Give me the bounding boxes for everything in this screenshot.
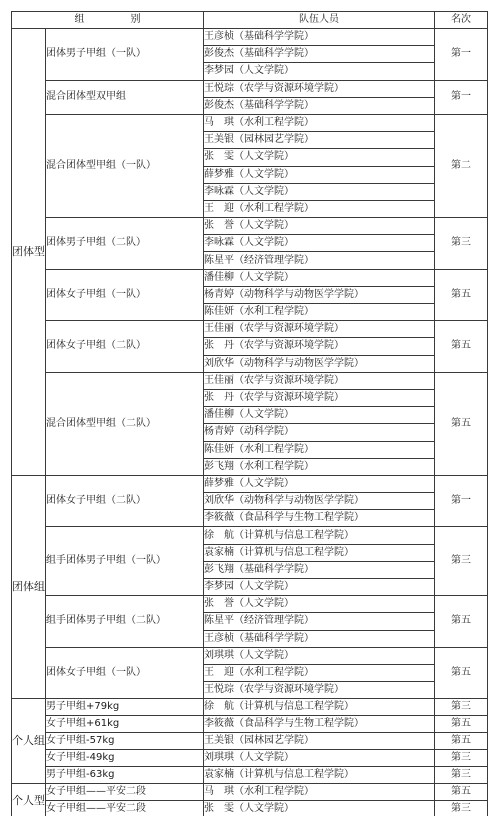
member-cell: 李梦园（人文学院） — [204, 579, 435, 596]
header-group-b: 别 — [131, 14, 141, 25]
member-cell: 杨青婷（动物科学与动物医学学院） — [204, 286, 435, 303]
member-cell: 王悦琮（农学与资源环境学院） — [204, 80, 435, 97]
category-cell: 个人型 — [12, 784, 46, 816]
member-cell: 陈佳妍（水利工程学院） — [204, 441, 435, 458]
results-table: 组别 队伍人员 名次 团体型团体男子甲组（一队）王彦桢（基础科学学院）第一彭俊杰… — [11, 11, 488, 816]
member-cell: 张 誉（人文学院） — [204, 218, 435, 235]
rank-cell: 第五 — [435, 716, 488, 733]
group-name-cell: 混合团体型甲组（二队） — [46, 372, 204, 475]
header-group: 组别 — [12, 12, 204, 29]
rank-cell: 第五 — [435, 321, 488, 373]
rank-cell: 第三 — [435, 218, 488, 270]
table-row: 团体型团体男子甲组（一队）王彦桢（基础科学学院）第一 — [12, 29, 488, 46]
group-name-cell: 团体男子甲组（二队） — [46, 218, 204, 270]
group-name-cell: 团体女子甲组（二队） — [46, 321, 204, 373]
group-name-cell: 女子甲组——平安二段 — [46, 784, 204, 801]
member-cell: 刘琪琪（人文学院） — [204, 647, 435, 664]
table-row: 团体男子甲组（二队）张 誉（人文学院）第三 — [12, 218, 488, 235]
table-row: 女子甲组——平安二段张 雯（人文学院）第三 — [12, 801, 488, 816]
table-row: 团体女子甲组（二队）王佳丽（农学与资源环境学院）第五 — [12, 321, 488, 338]
member-cell: 陈星平（经济管理学院） — [204, 613, 435, 630]
member-cell: 王悦琮（农学与资源环境学院） — [204, 682, 435, 699]
member-cell: 薛梦雅（人文学院） — [204, 166, 435, 183]
member-cell: 王 迎（水利工程学院） — [204, 200, 435, 217]
rank-cell: 第五 — [435, 372, 488, 475]
rank-cell: 第三 — [435, 801, 488, 816]
group-name-cell: 女子甲组-57kg — [46, 733, 204, 750]
member-cell: 徐 航（计算机与信息工程学院） — [204, 527, 435, 544]
member-cell: 彭飞翔（基础科学学院） — [204, 561, 435, 578]
rank-cell: 第二 — [435, 114, 488, 217]
member-cell: 袁家楠（计算机与信息工程学院） — [204, 767, 435, 784]
group-name-cell: 男子甲组+79kg — [46, 699, 204, 716]
member-cell: 袁家楠（计算机与信息工程学院） — [204, 544, 435, 561]
member-cell: 王 迎（水利工程学院） — [204, 664, 435, 681]
rank-cell: 第一 — [435, 80, 488, 114]
category-cell: 个人组手 — [12, 699, 46, 784]
table-row: 混合团体型甲组（一队）马 琪（水利工程学院）第二 — [12, 114, 488, 131]
member-cell: 李筱薇（食品科学与生物工程学院） — [204, 510, 435, 527]
member-cell: 李梦园（人文学院） — [204, 63, 435, 80]
group-name-cell: 团体男子甲组（一队） — [46, 29, 204, 81]
member-cell: 张 誉（人文学院） — [204, 596, 435, 613]
table-row: 组手团体男子甲组（一队）徐 航（计算机与信息工程学院）第三 — [12, 527, 488, 544]
member-cell: 马 琪（水利工程学院） — [204, 114, 435, 131]
rank-cell: 第三 — [435, 767, 488, 784]
member-cell: 张 丹（农学与资源环境学院） — [204, 389, 435, 406]
rank-cell: 第五 — [435, 784, 488, 801]
header-members: 队伍人员 — [204, 12, 435, 29]
member-cell: 马 琪（水利工程学院） — [204, 784, 435, 801]
table-row: 混合团体型双甲组王悦琮（农学与资源环境学院）第一 — [12, 80, 488, 97]
rank-cell: 第五 — [435, 596, 488, 648]
member-cell: 徐 航（计算机与信息工程学院） — [204, 699, 435, 716]
member-cell: 陈星平（经济管理学院） — [204, 252, 435, 269]
group-name-cell: 男子甲组-63kg — [46, 767, 204, 784]
table-row: 女子甲组-57kg王美银（园林园艺学院）第五 — [12, 733, 488, 750]
member-cell: 李筱薇（食品科学与生物工程学院） — [204, 716, 435, 733]
member-cell: 李咏霖（人文学院） — [204, 235, 435, 252]
rank-cell: 第五 — [435, 647, 488, 699]
group-name-cell: 混合团体型双甲组 — [46, 80, 204, 114]
group-name-cell: 组手团体男子甲组（二队） — [46, 596, 204, 648]
table-row: 组手团体男子甲组（二队）张 誉（人文学院）第五 — [12, 596, 488, 613]
table-row: 团体组手团体女子甲组（二队）薛梦雅（人文学院）第一 — [12, 475, 488, 492]
member-cell: 张 雯（人文学院） — [204, 149, 435, 166]
member-cell: 刘欣华（动物科学与动物医学学院） — [204, 493, 435, 510]
group-name-cell: 组手团体男子甲组（一队） — [46, 527, 204, 596]
member-cell: 李咏霖（人文学院） — [204, 183, 435, 200]
table-row: 男子甲组-63kg袁家楠（计算机与信息工程学院）第三 — [12, 767, 488, 784]
group-name-cell: 女子甲组——平安二段 — [46, 801, 204, 816]
rank-cell: 第一 — [435, 29, 488, 81]
member-cell: 杨青婷（动科学院） — [204, 424, 435, 441]
category-cell: 团体型 — [12, 29, 46, 476]
member-cell: 彭飞翔（水利工程学院） — [204, 458, 435, 475]
member-cell: 王美银（园林园艺学院） — [204, 132, 435, 149]
member-cell: 彭俊杰（基础科学学院） — [204, 46, 435, 63]
member-cell: 张 丹（农学与资源环境学院） — [204, 338, 435, 355]
table-row: 女子甲组-49kg刘琪琪（人文学院）第三 — [12, 750, 488, 767]
member-cell: 刘琪琪（人文学院） — [204, 750, 435, 767]
member-cell: 张 雯（人文学院） — [204, 801, 435, 816]
member-cell: 陈佳妍（水利工程学院） — [204, 304, 435, 321]
member-cell: 薛梦雅（人文学院） — [204, 475, 435, 492]
member-cell: 王彦桢（基础科学学院） — [204, 630, 435, 647]
member-cell: 王佳丽（农学与资源环境学院） — [204, 372, 435, 389]
results-body: 团体型团体男子甲组（一队）王彦桢（基础科学学院）第一彭俊杰（基础科学学院）李梦园… — [12, 29, 488, 816]
member-cell: 彭俊杰（基础科学学院） — [204, 97, 435, 114]
member-cell: 王美银（园林园艺学院） — [204, 733, 435, 750]
rank-cell: 第五 — [435, 733, 488, 750]
member-cell: 潘佳柳（人文学院） — [204, 407, 435, 424]
rank-cell: 第三 — [435, 750, 488, 767]
table-row: 个人组手男子甲组+79kg徐 航（计算机与信息工程学院）第三 — [12, 699, 488, 716]
group-name-cell: 团体女子甲组（一队） — [46, 647, 204, 699]
category-cell: 团体组手 — [12, 475, 46, 698]
member-cell: 刘欣华（动物科学与动物医学学院） — [204, 355, 435, 372]
group-name-cell: 团体女子甲组（一队） — [46, 269, 204, 321]
rank-cell: 第五 — [435, 269, 488, 321]
table-row: 女子甲组+61kg李筱薇（食品科学与生物工程学院）第五 — [12, 716, 488, 733]
group-name-cell: 女子甲组+61kg — [46, 716, 204, 733]
rank-cell: 第三 — [435, 699, 488, 716]
group-name-cell: 混合团体型甲组（一队） — [46, 114, 204, 217]
member-cell: 王佳丽（农学与资源环境学院） — [204, 321, 435, 338]
table-row: 个人型女子甲组——平安二段马 琪（水利工程学院）第五 — [12, 784, 488, 801]
member-cell: 潘佳柳（人文学院） — [204, 269, 435, 286]
rank-cell: 第一 — [435, 475, 488, 527]
header-row: 组别 队伍人员 名次 — [12, 12, 488, 29]
header-group-a: 组 — [75, 14, 85, 25]
table-row: 团体女子甲组（一队）刘琪琪（人文学院）第五 — [12, 647, 488, 664]
header-rank: 名次 — [435, 12, 488, 29]
rank-cell: 第三 — [435, 527, 488, 596]
table-row: 混合团体型甲组（二队）王佳丽（农学与资源环境学院）第五 — [12, 372, 488, 389]
group-name-cell: 团体女子甲组（二队） — [46, 475, 204, 527]
group-name-cell: 女子甲组-49kg — [46, 750, 204, 767]
member-cell: 王彦桢（基础科学学院） — [204, 29, 435, 46]
table-row: 团体女子甲组（一队）潘佳柳（人文学院）第五 — [12, 269, 488, 286]
